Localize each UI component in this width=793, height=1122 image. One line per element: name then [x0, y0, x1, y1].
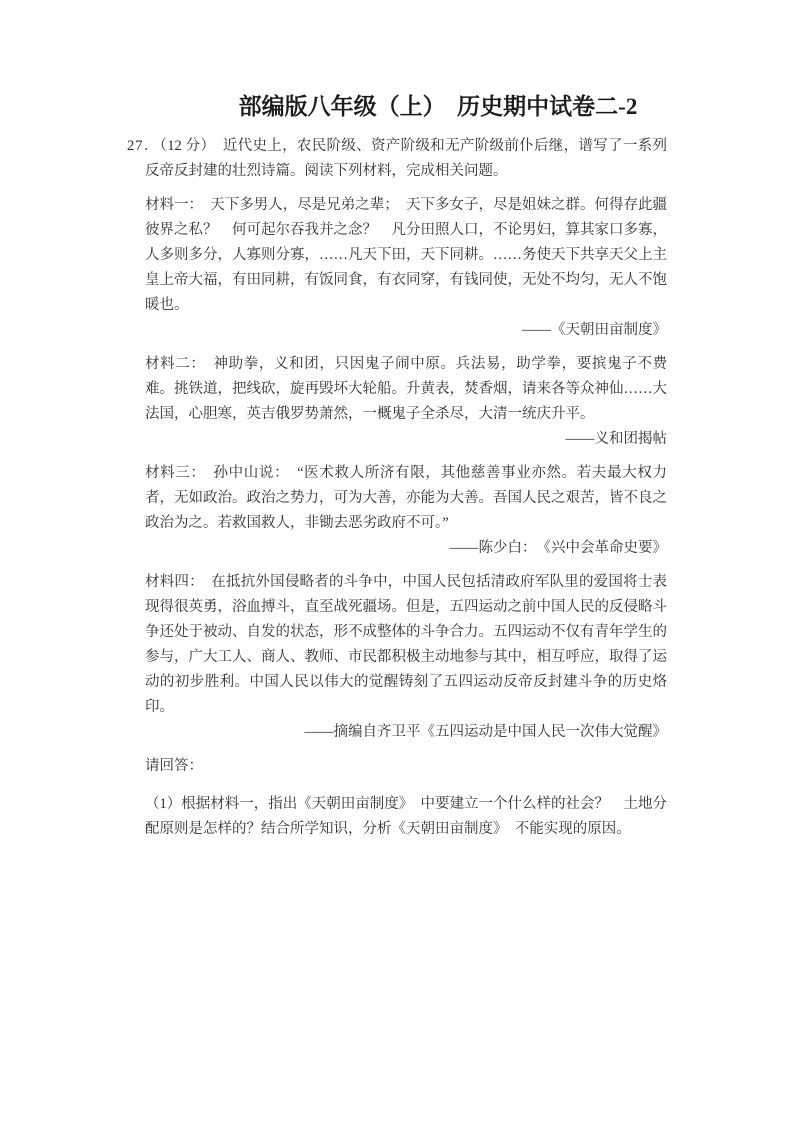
material-2-label: 材料二： [145, 356, 198, 372]
question-number: 27． [127, 138, 160, 154]
question-27-intro: 27．（12 分） 近代史上，农民阶级、资产阶级和无产阶级前仆后继，谱写了一系列… [145, 134, 667, 184]
answer-prompt: 请回答： [145, 754, 667, 779]
material-4-label: 材料四： [145, 574, 197, 590]
material-3-paragraph: 材料三： 孙中山说： “医术救人所济有限，其他慈善事业亦然。若夫最大权力者，无如… [145, 461, 667, 536]
material-3-text: 孙中山说： “医术救人所济有限，其他慈善事业亦然。若夫最大权力者，无如政治。政治… [145, 465, 667, 531]
material-2-text: 神助拳，义和团，只因鬼子闹中原。兵法易，助学拳，要摈鬼子不费难。挑铁道，把线砍，… [145, 356, 667, 422]
page-title: 部编版八年级（上） 历史期中试卷二-2 [177, 88, 699, 121]
material-4-text: 在抵抗外国侵略者的斗争中，中国人民包括清政府军队里的爱国将士表现得很英勇，浴血搏… [145, 574, 667, 715]
material-4-paragraph: 材料四： 在抵抗外国侵略者的斗争中，中国人民包括清政府军队里的爱国将士表现得很英… [145, 570, 667, 720]
material-1-text: 天下多男人，尽是兄弟之辈； 天下多女子，尽是姐妹之群。何得存此疆彼界之私？ 何可… [145, 197, 667, 313]
material-1-paragraph: 材料一： 天下多男人，尽是兄弟之辈； 天下多女子，尽是姐妹之群。何得存此疆彼界之… [145, 193, 667, 318]
material-3-source: ——陈少白： 《兴中会革命史要》 [145, 536, 667, 561]
sub-question-1: （1）根据材料一，指出《天朝田亩制度》 中要建立一个什么样的社会？ 土地分配原则… [145, 792, 667, 842]
question-intro-text: （12 分） 近代史上，农民阶级、资产阶级和无产阶级前仆后继，谱写了一系列反帝反… [145, 138, 667, 179]
material-4-source: ——摘编自齐卫平《五四运动是中国人民一次伟大觉醒》 [145, 720, 667, 745]
material-1-source: ——《天朝田亩制度》 [145, 318, 667, 343]
exam-paper-page: 部编版八年级（上） 历史期中试卷二-2 27．（12 分） 近代史上，农民阶级、… [0, 0, 793, 1122]
material-2-source: ——义和团揭帖 [145, 427, 667, 452]
material-2-paragraph: 材料二： 神助拳，义和团，只因鬼子闹中原。兵法易，助学拳，要摈鬼子不费难。挑铁道… [145, 352, 667, 427]
material-3-label: 材料三： [145, 465, 198, 481]
material-1-label: 材料一： [145, 197, 196, 213]
